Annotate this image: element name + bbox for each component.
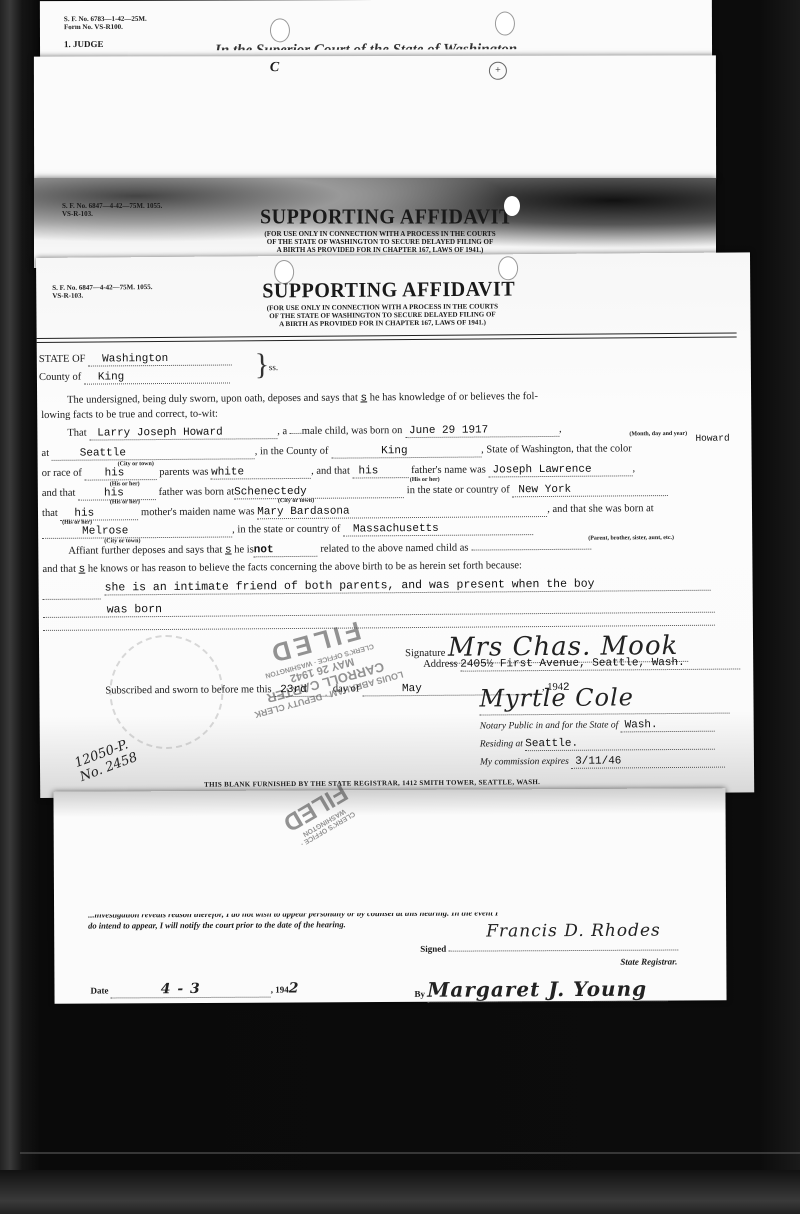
mother-row: that his mother's maiden name was Mary B… [42, 503, 654, 521]
child-name-row: That Larry Joseph Howard, a male child, … [67, 424, 561, 441]
fathers-name-label: father's name was [411, 464, 486, 476]
subtitle-line: (FOR USE ONLY IN CONNECTION WITH A PROCE… [230, 230, 530, 238]
color-annotation: Howard [695, 433, 729, 444]
binder-seam [20, 1152, 800, 1154]
punch-hole-icon [504, 196, 520, 216]
by-signature[interactable]: Margaret J. Young [427, 977, 667, 1003]
page-mark: C [270, 60, 279, 76]
brace-icon: } [255, 350, 270, 380]
signed-label: Signed [420, 944, 446, 954]
date-row: Date 4 - 3, 1942 [90, 980, 299, 998]
residing-field[interactable]: Seattle. [525, 737, 715, 751]
he-is-label: he is [234, 544, 254, 555]
relation-row: Affiant further deposes and says that s … [68, 542, 591, 559]
reason-intro-row: and that s he knows or has reason to bel… [42, 560, 522, 576]
she-born-label: , and that she was born at [547, 503, 654, 515]
commission-field[interactable]: 3/11/46 [571, 755, 725, 769]
at-label: at [41, 448, 49, 459]
and-that-label: and that [42, 564, 76, 575]
judge-form-number: S. F. No. 6783—1-42—25M. Form No. VS-R10… [64, 15, 147, 31]
address-row: Address 2405½ First Avenue, Seattle, Was… [423, 656, 740, 671]
by-label: By [414, 989, 425, 999]
date-label: Date [90, 985, 108, 995]
in-county-label: , in the County of [255, 446, 329, 458]
blank [290, 433, 302, 434]
that-label: That [67, 428, 86, 439]
and-that-label: , and that [311, 466, 350, 477]
a-label: , a [277, 426, 287, 437]
or-race-label: or race of [42, 468, 82, 479]
subtitle-line: OF THE STATE OF WASHINGTON TO SECURE DEL… [230, 238, 530, 246]
reason-line-pad [43, 586, 101, 600]
form-number: S. F. No. 6847—4-42—75M. 1055. VS-R-103. [52, 283, 152, 300]
notary-signature[interactable]: Myrtle Cole [479, 683, 634, 712]
commission-row: My commission expires 3/11/46 [480, 755, 725, 770]
state-of-label: STATE OF [39, 354, 86, 365]
born-on-label: child, was born on [325, 425, 403, 437]
city-field[interactable]: Seattle [52, 446, 255, 461]
commission-label: My commission expires [480, 757, 569, 768]
state-field[interactable]: Washington [88, 352, 232, 366]
subtitle-line: A BIRTH AS PROVIDED FOR IN CHAPTER 167, … [230, 246, 530, 254]
parents-was-label: parents was [159, 467, 208, 478]
knows-reason-label: he knows or has reason to believe the fa… [88, 560, 522, 574]
residing-row: Residing at Seattle. [480, 737, 715, 752]
notary-label: Notary Public in and for the State of [480, 720, 619, 731]
relation-field[interactable] [471, 549, 591, 551]
intro-text: he has knowledge of or believes the fol- [370, 391, 538, 403]
sworn-day-field[interactable]: 23rd [274, 684, 330, 697]
county-of-label: County of [39, 372, 81, 383]
mother-city-field[interactable]: Melrose [42, 524, 232, 538]
mothers-maiden-label: mother's maiden name was [141, 506, 255, 518]
registrar-signature[interactable]: Francis D. Rhodes [486, 921, 661, 942]
registrar-response-sheet: CLERK'S OFFICE · WASHINGTON FILED ...inv… [53, 788, 726, 1004]
form-number-line: S. F. No. 6847—4-42—75M. 1055. [62, 202, 162, 210]
notary-state-field[interactable]: Wash. [621, 719, 715, 733]
filed-stamp: LOUIS ABRAHAM · DEPUTY CLERK CARROLL CAR… [228, 604, 412, 722]
state-of-row: STATE OF Washington [39, 352, 232, 367]
his-field[interactable]: his [85, 467, 157, 481]
header-divider [37, 332, 737, 342]
affiant-gender-field[interactable]: s [360, 392, 367, 404]
mother-birthplace-row: Melrose, in the state or country of Mass… [42, 522, 533, 539]
month-day-year-hint: (Month, day and year) [629, 431, 687, 437]
intro-line-1: The undersigned, being duly sworn, upon … [67, 391, 538, 407]
signed-row: Signed [420, 942, 678, 953]
year-field[interactable]: 2 [289, 980, 300, 996]
birth-date-field[interactable]: June 29 1917 [405, 424, 559, 438]
father-state-field[interactable]: New York [512, 483, 668, 497]
reason-line-1[interactable]: she is an intimate friend of both parent… [105, 577, 711, 596]
county-field[interactable]: King [84, 370, 230, 384]
date-field[interactable]: 4 - 3 [111, 981, 271, 999]
form-number-line: S. F. No. 6847—4-42—75M. 1055. [52, 283, 152, 292]
affidavit-title: SUPPORTING AFFIDAVIT [260, 205, 513, 229]
residing-label: Residing at [480, 739, 523, 749]
affiant-further-label: Affiant further deposes and says that [68, 545, 222, 557]
affiant-gender-field[interactable]: s [79, 564, 86, 576]
city-or-town-hint: (City or town) [278, 498, 314, 504]
his-or-her-hint: (His or her) [110, 499, 140, 505]
notary-state-row: Notary Public in and for the State of Wa… [480, 719, 715, 734]
city-or-town-hint: (City or town) [104, 538, 140, 544]
affidavit-subtitle: (FOR USE ONLY IN CONNECTION WITH A PROCE… [230, 230, 530, 254]
child-name-field[interactable]: Larry Joseph Howard [89, 426, 277, 440]
birthplace-row: at Seattle, in the County of King, State… [41, 443, 631, 461]
day-of-label: day of [333, 683, 360, 694]
intro-line-2: lowing facts to be true and correct, to-… [41, 409, 218, 421]
affiant-gender-field[interactable]: s [225, 544, 232, 556]
blank-cover-sheet: C + [34, 55, 716, 180]
signature-label: Signature [405, 648, 445, 659]
paragraph-line: ...investigation reveals reason therefor… [88, 906, 728, 920]
form-id-line: VS-R-103. [62, 210, 162, 218]
furnished-by-footer: THIS BLANK FURNISHED BY THE STATE REGIST… [204, 778, 540, 789]
form-id-line: Form No. VS-R100. [64, 23, 147, 31]
address-field[interactable]: 2405½ First Avenue, Seattle, Wash. [460, 656, 740, 671]
relation-hint: (Parent, brother, sister, aunt, etc.) [588, 535, 674, 542]
mother-state-field[interactable]: Massachusetts [343, 522, 533, 536]
handwritten-file-number: 12050-P. No. 2458 [73, 736, 140, 785]
in-state-label: in the state or country of [407, 484, 510, 496]
punch-hole-icon [270, 18, 290, 42]
judge-section-label: 1. JUDGE [64, 39, 104, 49]
not-field[interactable]: not [254, 544, 318, 558]
child-sex-field[interactable]: male [302, 426, 322, 437]
father-born-label: father was born at [159, 486, 235, 498]
subscribed-label: Subscribed and sworn to before me this [105, 684, 271, 696]
intro-text: The undersigned, being duly sworn, upon … [67, 392, 358, 405]
race-field[interactable]: white [211, 466, 311, 480]
and-that-label: and that [42, 488, 76, 499]
form-number: S. F. No. 6847—4-42—75M. 1055. VS-R-103. [62, 202, 162, 218]
year-label: , 194 [271, 985, 289, 995]
ss-label: ss. [269, 362, 278, 372]
birth-county-field[interactable]: King [331, 445, 481, 459]
address-label: Address [423, 659, 458, 670]
punch-hole-icon: + [489, 62, 507, 80]
related-to-label: related to the above named child as [320, 543, 468, 555]
that-label: that [42, 508, 58, 519]
father-name-field[interactable]: Joseph Lawrence [488, 463, 632, 477]
affidavit-title: SUPPORTING AFFIDAVIT [262, 278, 515, 304]
paragraph-line: do intend to appear, I will notify the c… [88, 919, 346, 930]
his-field[interactable]: his [352, 465, 408, 478]
signed-line [449, 949, 679, 951]
mother-maiden-field[interactable]: Mary Bardasona [257, 504, 547, 519]
county-of-row: County of King [39, 370, 230, 384]
father-birthplace-field[interactable]: Schenectedy [234, 485, 404, 499]
state-registrar-label: State Registrar. [620, 956, 677, 966]
in-state-label: , in the state or country of [232, 524, 340, 536]
state-of-wa-label: , State of Washington, that the color [481, 443, 632, 455]
notary-signature-line [480, 711, 730, 716]
affidavit-subtitle: (FOR USE ONLY IN CONNECTION WITH A PROCE… [232, 302, 532, 328]
form-id-line: VS-R-103. [52, 291, 152, 300]
his-or-her-hint: (His or her) [410, 477, 440, 483]
binder-edge [0, 1170, 800, 1214]
supporting-affidavit-sheet: S. F. No. 6847—4-42—75M. 1055. VS-R-103.… [36, 252, 754, 798]
by-row: By Margaret J. Young [414, 977, 667, 1003]
punch-hole-icon [495, 12, 515, 36]
form-number-line: S. F. No. 6783—1-42—25M. [64, 15, 147, 23]
